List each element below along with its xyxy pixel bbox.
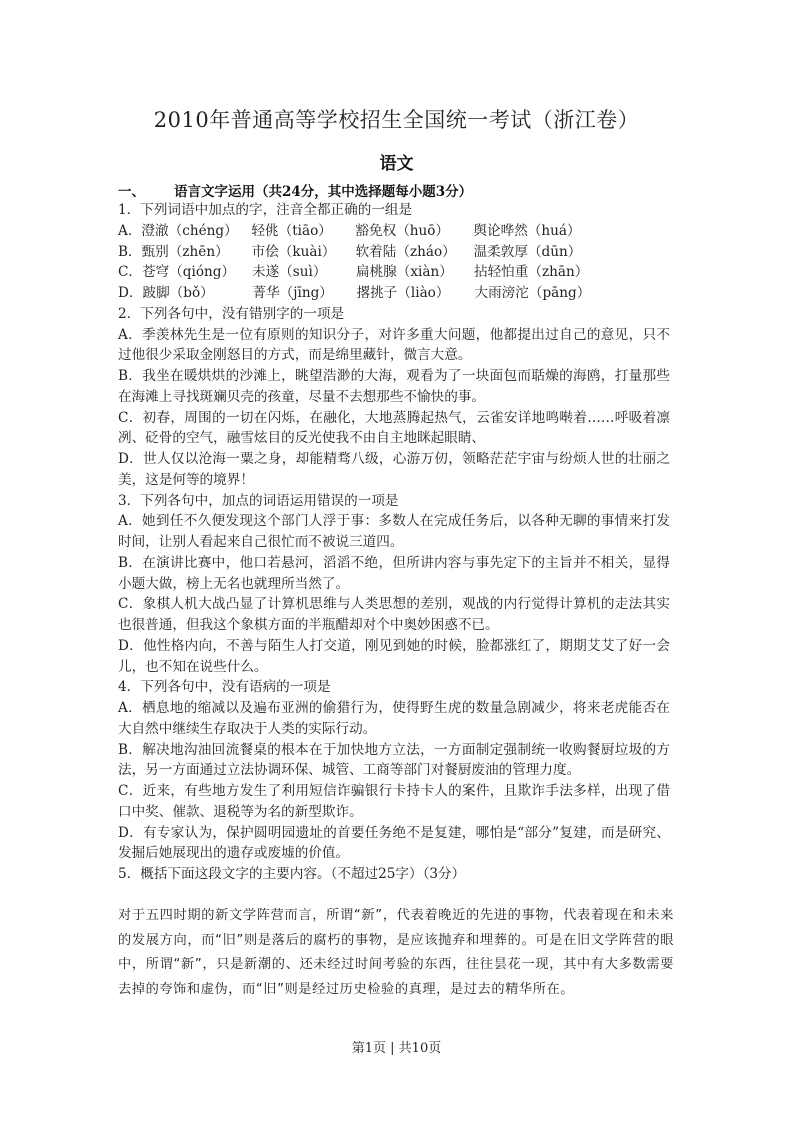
option-item: 大雨滂沱（pāng）	[475, 283, 591, 304]
option-item: 苍穹（qióng）	[142, 262, 252, 283]
question-4-option-d: D．有专家认为，保护圆明园遗址的首要任务绝不是复建，哪怕是“部分”复建，而是研究…	[118, 823, 670, 865]
option-label: C．	[118, 262, 142, 283]
option-label: D．	[118, 283, 143, 304]
question-3-option-d: D．他性格内向，不善与陌生人打交道，刚见到她的时候，脸都涨红了，期期艾艾了好一会…	[118, 636, 670, 678]
option-item: 软着陆（zháo）	[356, 242, 474, 263]
question-5-stem: 5．概括下面这段文字的主要内容。（不超过25字）（3分）	[118, 864, 670, 885]
question-3-option-a: A．她到任不久便发现这个部门人浮于事：多数人在完成任务后，以各种无聊的事情来打发…	[118, 511, 670, 553]
question-4-stem: 4．下列各句中，没有语病的一项是	[118, 677, 670, 698]
question-1-stem: 1．下列词语中加点的字，注音全都正确的一组是	[118, 200, 670, 221]
question-2-option-a: A．季羡林先生是一位有原则的知识分子，对许多重大问题，他都提出过自己的意见，只不…	[118, 325, 670, 367]
option-label: A．	[118, 221, 141, 242]
reading-passage: 对于五四时期的新文学阵营而言，所谓“新”，代表着晚近的先进的事物，代表着现在和未…	[118, 904, 674, 1002]
option-item: 拈轻怕重（zhān）	[474, 262, 588, 283]
section-heading: 一、语言文字运用（共24分，其中选择题每小题3分）	[118, 180, 472, 200]
option-item: 豁免权（huō）	[355, 221, 473, 242]
question-2-option-d: D．世人仅以沧海一粟之身，却能精骛八级，心游万仞，领略茫茫宇宙与纷烦人世的壮丽之…	[118, 449, 670, 491]
subject-heading: 语文	[0, 149, 793, 174]
question-3-option-b: B．在演讲比赛中，他口若悬河，滔滔不绝，但所讲内容与事先定下的主旨并不相关，显得…	[118, 553, 670, 595]
question-4-option-b: B．解决地沟油回流餐桌的根本在于加快地方立法，一方面制定强制统一收购餐厨垃圾的方…	[118, 740, 670, 782]
question-1-option-a: A． 澄澈（chéng） 轻佻（tiāo） 豁免权（huō） 舆论哗然（huá）	[118, 221, 670, 242]
section-title: 语言文字运用（共24分，其中选择题每小题3分）	[174, 184, 472, 200]
option-label: B．	[118, 242, 142, 263]
question-1-option-d: D． 跛脚（bǒ） 菁华（jīng） 撂挑子（liào） 大雨滂沱（pāng）	[118, 283, 670, 304]
question-4-option-c: C．近来，有些地方发生了利用短信诈骗银行卡持卡人的案件，且欺诈手法多样，出现了借…	[118, 781, 670, 823]
option-item: 市侩（kuài）	[252, 242, 356, 263]
question-1-option-c: C． 苍穹（qióng） 未遂（suì） 扁桃腺（xiàn） 拈轻怕重（zhān…	[118, 262, 670, 283]
question-3-stem: 3．下列各句中，加点的词语运用错误的一项是	[118, 491, 670, 512]
option-item: 澄澈（chéng）	[141, 221, 251, 242]
option-item: 甄别（zhēn）	[142, 242, 252, 263]
option-item: 轻佻（tiāo）	[251, 221, 355, 242]
option-item: 未遂（suì）	[252, 262, 356, 283]
option-item: 菁华（jīng）	[253, 283, 357, 304]
option-item: 扁桃腺（xiàn）	[356, 262, 474, 283]
option-item: 撂挑子（liào）	[357, 283, 475, 304]
question-4-option-a: A．栖息地的缩减以及遍布亚洲的偷猎行为，使得野生虎的数量急剧减少，将来老虎能否在…	[118, 698, 670, 740]
question-2-stem: 2．下列各句中，没有错别字的一项是	[118, 304, 670, 325]
question-3-option-c: C．象棋人机大战凸显了计算机思维与人类思想的差别，观战的内行觉得计算机的走法其实…	[118, 594, 670, 636]
option-item: 舆论哗然（huá）	[473, 221, 580, 242]
question-1-option-b: B． 甄别（zhēn） 市侩（kuài） 软着陆（zháo） 温柔敦厚（dūn）	[118, 242, 670, 263]
question-2-option-b: B．我坐在暖烘烘的沙滩上，眺望浩渺的大海，观看为了一块面包而聒燥的海鸥，打量那些…	[118, 366, 670, 408]
option-item: 跛脚（bǒ）	[143, 283, 253, 304]
option-item: 温柔敦厚（dūn）	[474, 242, 582, 263]
section-number: 一、	[118, 180, 174, 200]
page-footer: 第1页 | 共10页	[0, 1037, 793, 1056]
document-title: 2010年普通高等学校招生全国统一考试（浙江卷）	[0, 104, 793, 134]
questions-body: 1．下列词语中加点的字，注音全都正确的一组是 A． 澄澈（chéng） 轻佻（t…	[118, 200, 670, 885]
question-2-option-c: C．初春，周围的一切在闪烁，在融化，大地蒸腾起热气，云雀安详地鸣啭着……呼吸着凛…	[118, 408, 670, 450]
